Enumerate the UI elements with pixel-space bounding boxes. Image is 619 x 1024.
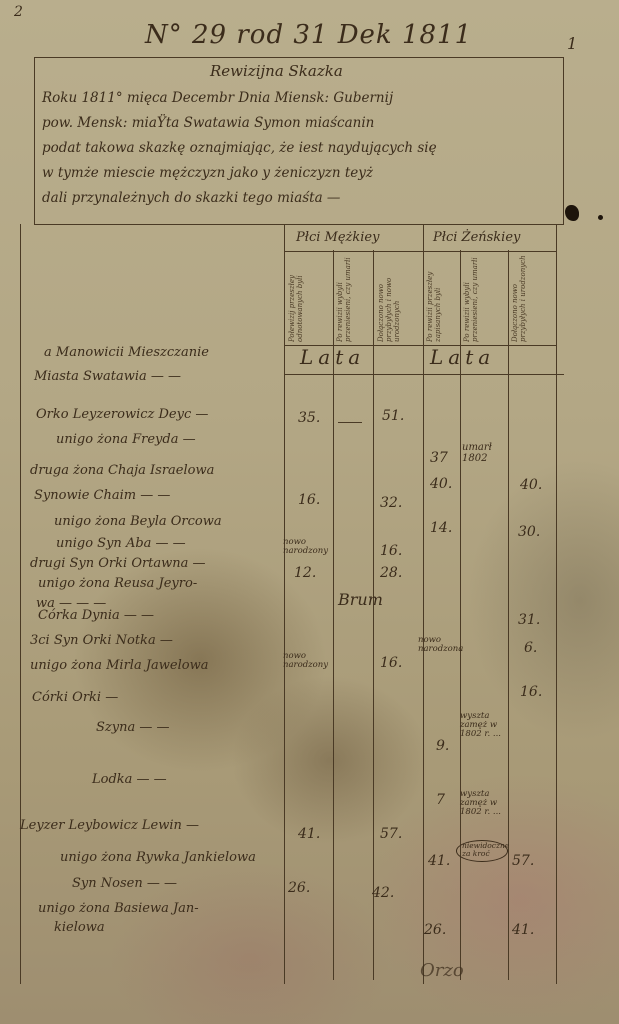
column-line <box>508 250 509 980</box>
female-age-cell: 14. <box>430 520 452 536</box>
bottom-mark: Orzo <box>420 960 464 981</box>
male-age-cell: 42. <box>372 885 394 901</box>
intro-line: Roku 1811° mięca Decembr Dnia Miensk: Gu… <box>42 86 562 111</box>
person-name: unigo żona Mirla Jawelowa <box>30 658 208 673</box>
person-name: drugi Syn Orki Ortawna — <box>30 556 206 571</box>
male-age-cell: 41. <box>298 826 320 842</box>
male-note-cell: nowo narodzony <box>283 538 325 556</box>
male-age-cell: 16. <box>380 543 402 559</box>
person-name: Leyzer Leybowicz Lewin — <box>20 818 199 833</box>
female-years-label: Lata <box>430 345 495 369</box>
female-subcolumn-1: Po rewizii przeszłey zapisanych byli <box>426 254 458 342</box>
person-name: Córki Orki — <box>32 690 118 705</box>
column-line <box>556 224 557 984</box>
column-line <box>423 224 424 984</box>
female-age-cell: 40. <box>430 476 452 492</box>
female-note-cell: umarł 1802 <box>462 442 502 464</box>
female-age-cell: 26. <box>424 922 446 938</box>
female-age-cell: 40. <box>520 477 542 493</box>
female-age-cell: 7 <box>436 792 445 808</box>
male-age-cell: 28. <box>380 565 402 581</box>
female-age-cell: 9. <box>436 738 449 754</box>
female-subcolumn-2: Po rewizii wybyli przeniesieni, czy umar… <box>463 254 505 342</box>
ink-blot <box>565 205 579 221</box>
person-name: kielowa <box>54 920 105 935</box>
person-name: unigo żona Freyda — <box>56 432 196 447</box>
female-age-cell: 37 <box>430 450 448 466</box>
column-line <box>373 250 374 980</box>
female-age-cell: 31. <box>518 612 540 628</box>
person-name: 3ci Syn Orki Notka — <box>30 633 173 648</box>
female-age-cell: 41. <box>428 853 450 869</box>
page-number: 2 <box>14 4 23 20</box>
person-name: Lodka — — <box>92 772 167 787</box>
person-name: unigo żona Basiewa Jan- <box>38 901 199 916</box>
intro-text: Roku 1811° mięca Decembr Dnia Miensk: Gu… <box>42 86 562 211</box>
male-age-cell: 57. <box>380 826 402 842</box>
male-age-cell: 26. <box>288 880 310 896</box>
male-subcolumn-3: Dołączono nowo przybyłych i nowo urodzon… <box>377 254 419 342</box>
male-subcolumn-1: Połewizij przeszłey odnotowanych byli <box>288 254 330 342</box>
male-years-label: Lata <box>300 345 365 369</box>
female-age-cell: 41. <box>512 922 534 938</box>
annotation-mark: Brum <box>338 590 383 609</box>
intro-line: dali przynależnych do skazki tego miaśta… <box>42 186 562 211</box>
document-title: Rewizijna Skazka <box>210 62 343 80</box>
male-age-cell: 51. <box>382 408 404 424</box>
person-name: druga żona Chaja Israelowa <box>30 463 214 478</box>
female-age-cell: 30. <box>518 524 540 540</box>
female-note-cell: wyszta zamęż w 1802 r. ... <box>460 712 504 739</box>
person-name: Synowie Chaim — — <box>34 488 170 503</box>
female-note-cell: nowo narodzona <box>418 636 462 654</box>
person-name: unigo żona Reusa Jeyro- <box>38 576 197 591</box>
census-page: 2 N° 29 rod 31 Dek 1811 1 Rewizijna Skaz… <box>0 0 619 1024</box>
section-heading: Miasta Swatawia — — <box>34 369 181 384</box>
divider-line <box>34 224 564 225</box>
male-subcolumn-2: Po rewizii wybyli przeniesieni, czy umar… <box>336 254 370 342</box>
female-age-cell: 16. <box>520 684 542 700</box>
left-margin-line <box>20 224 21 984</box>
male-age-cell: 16. <box>380 655 402 671</box>
male-column-header: Płci Mężkiey <box>296 230 379 245</box>
column-line <box>284 224 285 984</box>
person-name: unigo żona Rywka Jankielowa <box>60 850 256 865</box>
divider-line <box>284 251 556 252</box>
intro-line: pow. Mensk: miaŸta Swatawia Symon miaśca… <box>42 111 562 136</box>
person-name: Szyna — — <box>96 720 170 735</box>
person-name: Orko Leyzerowicz Deyc — <box>36 407 208 422</box>
female-age-cell: 6. <box>524 640 537 656</box>
person-name: Córka Dynia — — <box>38 608 154 623</box>
right-margin-number: 1 <box>567 34 577 53</box>
ink-dot <box>598 215 603 220</box>
female-note-cell: wyszta zamęż w 1802 r. ... <box>460 790 504 817</box>
person-name: unigo Syn Aba — — <box>56 536 186 551</box>
intro-line: w tymże miescie mężczyzn jako y żeniczyz… <box>42 161 562 186</box>
section-heading: a Manowicii Mieszczanie <box>44 345 209 360</box>
female-note-cell: niewidoczne za kroć <box>462 842 506 858</box>
male-age-cell: 12. <box>294 565 316 581</box>
male-age-cell: 35. <box>298 410 320 426</box>
person-name: unigo żona Beyla Orcowa <box>54 514 222 529</box>
male-age-cell: 32. <box>380 495 402 511</box>
male-note-cell: nowo narodzony <box>283 652 325 670</box>
female-subcolumn-3: Dołączono nowo przybyłych i urodzonych <box>511 254 553 342</box>
female-column-header: Płci Żeńskiey <box>433 230 520 245</box>
person-name: Syn Nosen — — <box>72 876 177 891</box>
intro-line: podat takowa skazkę oznajmiając, że iest… <box>42 136 562 161</box>
empty-dash <box>338 422 362 423</box>
divider-line <box>284 374 564 375</box>
female-age-cell: 57. <box>512 853 534 869</box>
male-age-cell: 16. <box>298 492 320 508</box>
entry-header: N° 29 rod 31 Dek 1811 <box>145 20 472 50</box>
